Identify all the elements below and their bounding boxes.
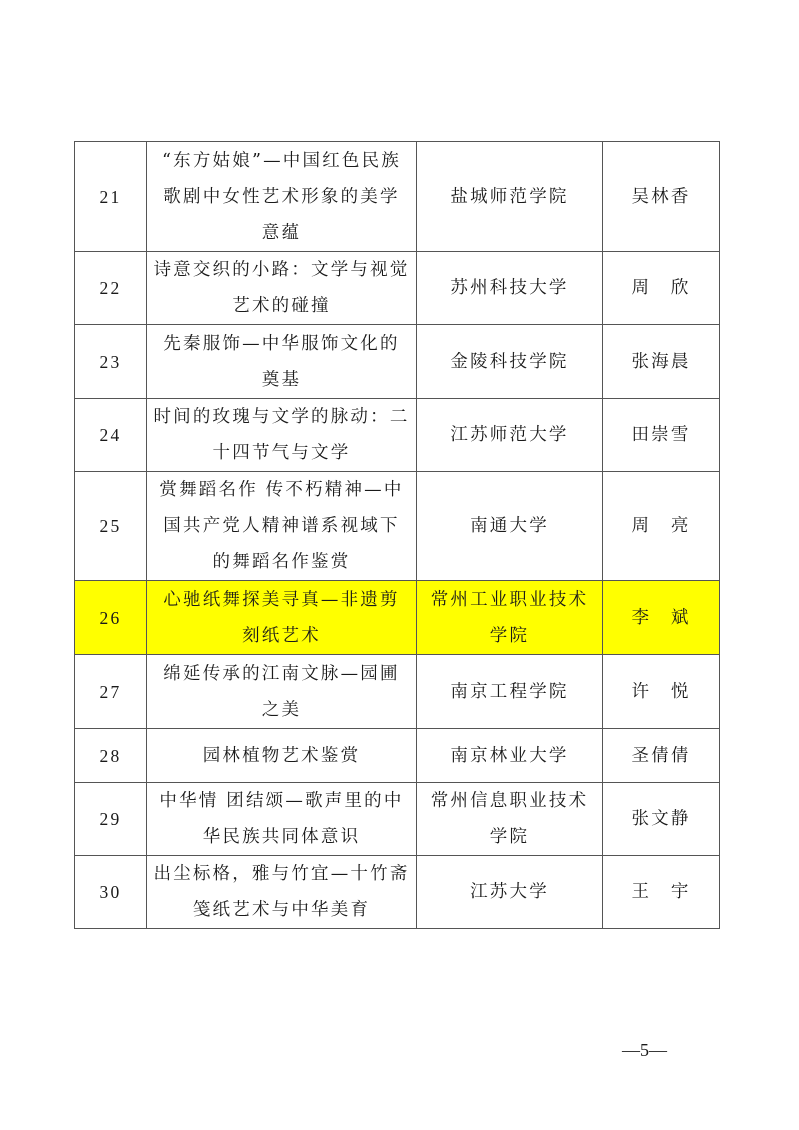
table-row: 29中华情 团结颂—歌声里的中华民族共同体意识常州信息职业技术学院张文静 [75,783,720,856]
page-number: —5— [622,1040,667,1061]
row-number-cell: 29 [75,783,147,856]
school-cell: 盐城师范学院 [417,142,603,252]
school-line: 学院 [423,819,596,855]
school-line: 江苏师范大学 [423,417,596,453]
school-line: 常州信息职业技术 [423,783,596,819]
title-line: 之美 [153,692,410,728]
school-cell: 江苏师范大学 [417,399,603,472]
table-row: 23先秦服饰—中华服饰文化的奠基金陵科技学院张海晨 [75,325,720,399]
row-number-cell: 28 [75,729,147,783]
author-name-cell: 张海晨 [603,325,720,399]
row-number-cell: 27 [75,655,147,729]
school-cell: 常州工业职业技术学院 [417,581,603,655]
title-line: 中华情 团结颂—歌声里的中 [153,783,410,819]
title-line: 赏舞蹈名作 传不朽精神—中 [153,472,410,508]
title-line: “东方姑娘”—中国红色民族 [153,143,410,179]
school-cell: 南通大学 [417,472,603,581]
row-number-cell: 25 [75,472,147,581]
author-name-cell: 王 宇 [603,856,720,929]
author-name-cell: 周 亮 [603,472,720,581]
school-cell: 苏州科技大学 [417,252,603,325]
title-cell: 中华情 团结颂—歌声里的中华民族共同体意识 [147,783,417,856]
row-number-cell: 24 [75,399,147,472]
school-line: 常州工业职业技术 [423,582,596,618]
title-line: 奠基 [153,362,410,398]
author-name-cell: 许 悦 [603,655,720,729]
school-cell: 常州信息职业技术学院 [417,783,603,856]
row-number-cell: 23 [75,325,147,399]
row-number-cell: 30 [75,856,147,929]
author-name-cell: 吴林香 [603,142,720,252]
school-cell: 南京林业大学 [417,729,603,783]
table-row: 28园林植物艺术鉴赏南京林业大学圣倩倩 [75,729,720,783]
title-line: 十四节气与文学 [153,435,410,471]
title-line: 园林植物艺术鉴赏 [153,738,410,774]
school-line: 南通大学 [423,508,596,544]
title-line: 的舞蹈名作鉴赏 [153,544,410,580]
title-line: 国共产党人精神谱系视域下 [153,508,410,544]
title-line: 心驰纸舞探美寻真—非遗剪 [153,582,410,618]
title-cell: 心驰纸舞探美寻真—非遗剪刻纸艺术 [147,581,417,655]
author-name-cell: 田崇雪 [603,399,720,472]
title-cell: 绵延传承的江南文脉—园圃之美 [147,655,417,729]
title-line: 刻纸艺术 [153,618,410,654]
author-name-cell: 张文静 [603,783,720,856]
school-cell: 南京工程学院 [417,655,603,729]
award-table: 21“东方姑娘”—中国红色民族歌剧中女性艺术形象的美学意蕴盐城师范学院吴林香22… [74,141,720,929]
title-line: 时间的玫瑰与文学的脉动：二 [153,399,410,435]
title-line: 诗意交织的小路：文学与视觉 [153,252,410,288]
school-line: 盐城师范学院 [423,179,596,215]
school-cell: 金陵科技学院 [417,325,603,399]
title-cell: 诗意交织的小路：文学与视觉艺术的碰撞 [147,252,417,325]
school-line: 学院 [423,618,596,654]
title-cell: 园林植物艺术鉴赏 [147,729,417,783]
document-page: 21“东方姑娘”—中国红色民族歌剧中女性艺术形象的美学意蕴盐城师范学院吴林香22… [0,0,799,1130]
title-cell: 先秦服饰—中华服饰文化的奠基 [147,325,417,399]
title-cell: “东方姑娘”—中国红色民族歌剧中女性艺术形象的美学意蕴 [147,142,417,252]
school-line: 南京林业大学 [423,738,596,774]
school-line: 金陵科技学院 [423,344,596,380]
school-line: 南京工程学院 [423,674,596,710]
table-row: 21“东方姑娘”—中国红色民族歌剧中女性艺术形象的美学意蕴盐城师范学院吴林香 [75,142,720,252]
table-row: 25赏舞蹈名作 传不朽精神—中国共产党人精神谱系视域下的舞蹈名作鉴赏南通大学周 … [75,472,720,581]
title-line: 艺术的碰撞 [153,288,410,324]
school-cell: 江苏大学 [417,856,603,929]
table-row-highlighted: 26心驰纸舞探美寻真—非遗剪刻纸艺术常州工业职业技术学院李 斌 [75,581,720,655]
table-row: 30出尘标格，雅与竹宜—十竹斋笺纸艺术与中华美育江苏大学王 宇 [75,856,720,929]
school-line: 苏州科技大学 [423,270,596,306]
title-cell: 时间的玫瑰与文学的脉动：二十四节气与文学 [147,399,417,472]
title-line: 歌剧中女性艺术形象的美学 [153,179,410,215]
row-number-cell: 22 [75,252,147,325]
title-line: 意蕴 [153,215,410,251]
title-line: 笺纸艺术与中华美育 [153,892,410,928]
title-cell: 赏舞蹈名作 传不朽精神—中国共产党人精神谱系视域下的舞蹈名作鉴赏 [147,472,417,581]
title-line: 华民族共同体意识 [153,819,410,855]
table-row: 22诗意交织的小路：文学与视觉艺术的碰撞苏州科技大学周 欣 [75,252,720,325]
author-name-cell: 圣倩倩 [603,729,720,783]
row-number-cell: 21 [75,142,147,252]
author-name-cell: 周 欣 [603,252,720,325]
title-line: 出尘标格，雅与竹宜—十竹斋 [153,856,410,892]
row-number-cell: 26 [75,581,147,655]
table-body: 21“东方姑娘”—中国红色民族歌剧中女性艺术形象的美学意蕴盐城师范学院吴林香22… [75,142,720,929]
table-row: 24时间的玫瑰与文学的脉动：二十四节气与文学江苏师范大学田崇雪 [75,399,720,472]
table-row: 27绵延传承的江南文脉—园圃之美南京工程学院许 悦 [75,655,720,729]
school-line: 江苏大学 [423,874,596,910]
author-name-cell: 李 斌 [603,581,720,655]
title-line: 先秦服饰—中华服饰文化的 [153,326,410,362]
title-line: 绵延传承的江南文脉—园圃 [153,656,410,692]
title-cell: 出尘标格，雅与竹宜—十竹斋笺纸艺术与中华美育 [147,856,417,929]
